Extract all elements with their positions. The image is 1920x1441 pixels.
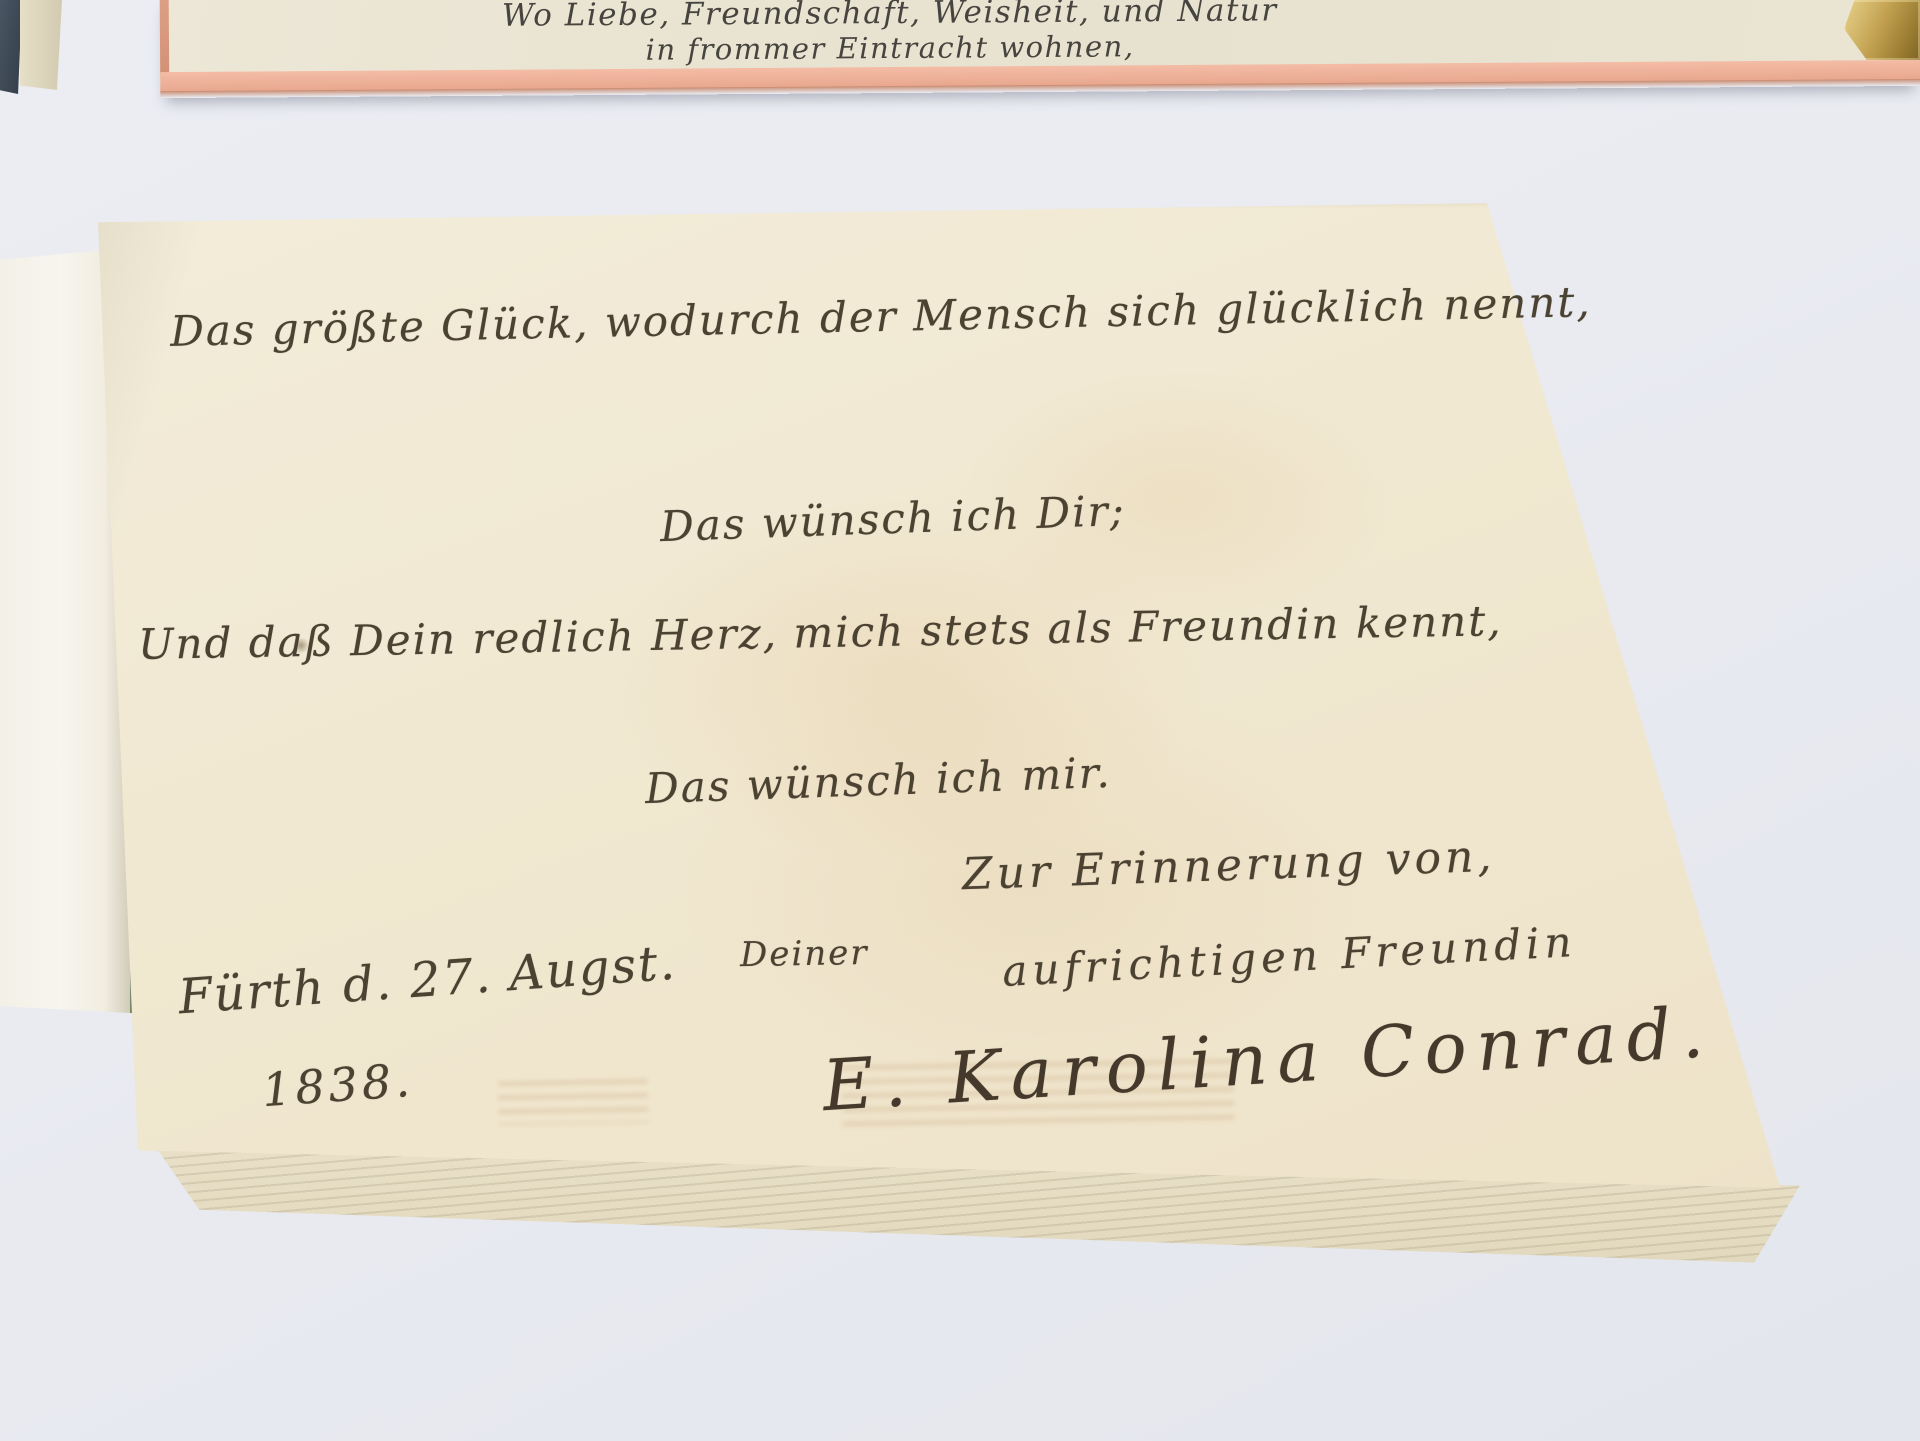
printed-album-cover-card: Wo Liebe, Freundschaft, Weisheit, und Na…: [160, 0, 1920, 98]
album-corner-topleft: [0, 0, 64, 97]
ink-showthrough: [498, 1079, 649, 1126]
closing-word-deiner: Deiner: [740, 933, 869, 975]
card-printed-verse: Wo Liebe, Freundschaft, Weisheit, und Na…: [240, 0, 1540, 70]
book-cover-edge: [0, 0, 22, 94]
photo-backdrop: Wo Liebe, Freundschaft, Weisheit, und Na…: [0, 0, 1920, 1441]
book-pages-edge: [20, 0, 62, 90]
dateline-year: 1838.: [260, 1053, 415, 1117]
card-left-edge: [160, 0, 170, 78]
